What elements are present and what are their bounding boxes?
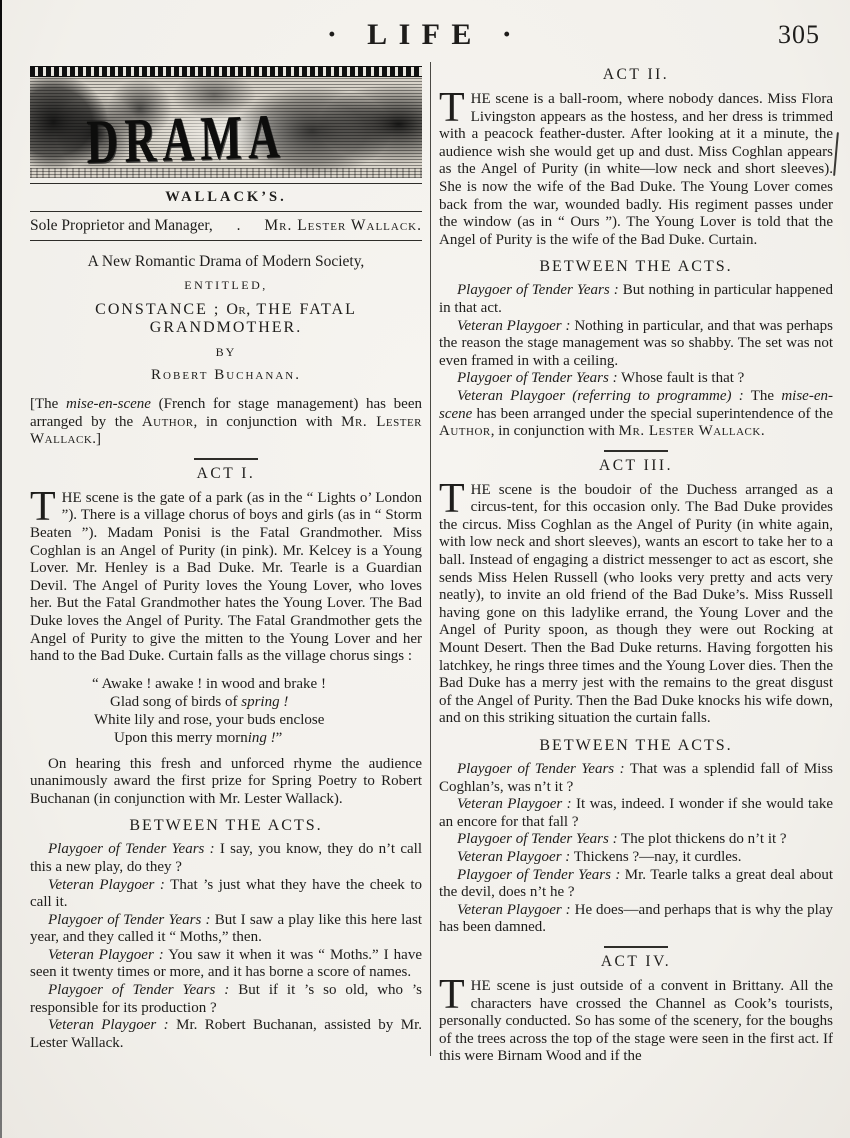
after-verse-paragraph: On hearing this fresh and unforced rhyme… [30, 756, 422, 809]
manager-role: Sole Proprietor and Manager, [30, 217, 213, 235]
act2-body: HE scene is a ball-room, where nobody da… [439, 91, 833, 248]
scan-edge-artifact [0, 0, 2, 1138]
divider-rule [30, 211, 422, 212]
manager-name: Mr. Lester Wallack. [264, 217, 422, 235]
act3-paragraph: THE scene is the boudoir of the Duchess … [439, 482, 833, 728]
dialogue-paragraph: Veteran Playgoer : Thickens ?—nay, it cu… [439, 849, 833, 867]
between-acts-heading: BETWEEN THE ACTS. [30, 817, 422, 835]
production-note: [The mise-en-scene (French for stage man… [30, 396, 422, 449]
dialogue-paragraph: Veteran Playgoer : Nothing in particular… [439, 318, 833, 371]
left-column: DRAMA WALLACK’S. Sole Proprietor and Man… [30, 60, 422, 1066]
dialogue-paragraph: Playgoer of Tender Years : Mr. Tearle ta… [439, 867, 833, 902]
play-title: CONSTANCE ; Or, THE FATAL GRANDMOTHER. [30, 301, 422, 337]
act3-heading: ACT III. [439, 457, 833, 475]
drama-section-title: DRAMA [86, 104, 286, 173]
magazine-page: · LIFE · 305 DRAMA WALLACK’S. Sole Propr… [0, 0, 850, 1138]
dialogue-paragraph: Playgoer of Tender Years : Whose fault i… [439, 370, 833, 388]
dialogue-paragraph: Veteran Playgoer (referring to programme… [439, 388, 833, 441]
dialogue-paragraph: Playgoer of Tender Years : But I saw a p… [30, 912, 422, 947]
dialogue-paragraph: Playgoer of Tender Years : I say, you kn… [30, 841, 422, 876]
dialogue-paragraph: Playgoer of Tender Years : But nothing i… [439, 282, 833, 317]
act4-paragraph: THE scene is just outside of a convent i… [439, 978, 833, 1066]
divider-rule [30, 240, 422, 241]
dialogue-paragraph: Veteran Playgoer : He does—and perhaps t… [439, 902, 833, 937]
verse-line: Glad song of birds of spring ! [30, 693, 422, 711]
verse-line: Upon this merry morning !” [30, 729, 422, 747]
divider-rule [30, 183, 422, 184]
between-acts-heading: BETWEEN THE ACTS. [439, 258, 833, 276]
dropcap-letter: T [439, 91, 471, 124]
dropcap-letter: T [30, 490, 62, 523]
dialogue-paragraph: Playgoer of Tender Years : That was a sp… [439, 761, 833, 796]
right-column: ACT II. THE scene is a ball-room, where … [439, 60, 833, 1066]
play-byline: BY [30, 345, 422, 360]
column-divider-rule [430, 62, 431, 1056]
act1-body: HE scene is the gate of a park (as in th… [30, 490, 422, 664]
dialogue-paragraph: Veteran Playgoer : That ’s just what the… [30, 877, 422, 912]
between-acts-heading: BETWEEN THE ACTS. [439, 737, 833, 755]
act1-heading: ACT I. [30, 465, 422, 483]
section-rule [194, 458, 258, 460]
act2-heading: ACT II. [439, 66, 833, 84]
verse-line: “ Awake ! awake ! in wood and brake ! [30, 675, 422, 693]
section-rule [604, 450, 668, 452]
dialogue-paragraph: Veteran Playgoer : It was, indeed. I won… [439, 796, 833, 831]
play-author: Robert Buchanan. [30, 367, 422, 384]
play-entitled: ENTITLED, [30, 278, 422, 293]
theatre-name: WALLACK’S. [30, 189, 422, 206]
act1-paragraph: THE scene is the gate of a park (as in t… [30, 490, 422, 666]
section-rule [604, 946, 668, 948]
dropcap-letter: T [439, 482, 471, 515]
dialogue-paragraph: Veteran Playgoer : You saw it when it wa… [30, 947, 422, 982]
dialogue-paragraph: Playgoer of Tender Years : But if it ’s … [30, 982, 422, 1017]
play-tagline: A New Romantic Drama of Modern Society, [30, 253, 422, 271]
manager-separator: . [213, 217, 265, 235]
page-header: · LIFE · 305 [0, 0, 850, 58]
dialogue-paragraph: Playgoer of Tender Years : The plot thic… [439, 831, 833, 849]
act4-body: HE scene is just outside of a convent in… [439, 978, 833, 1064]
page-number: 305 [778, 20, 820, 50]
dialogue-paragraph: Veteran Playgoer : Mr. Robert Buchanan, … [30, 1017, 422, 1052]
dropcap-letter: T [439, 978, 471, 1011]
magazine-masthead: · LIFE · [0, 18, 850, 52]
act3-body: HE scene is the boudoir of the Duchess a… [439, 482, 833, 727]
manager-line: Sole Proprietor and Manager, . Mr. Leste… [30, 217, 422, 235]
verse-line: White lily and rose, your buds enclose [30, 711, 422, 729]
drama-banner-engraving: DRAMA [30, 66, 422, 178]
two-column-layout: DRAMA WALLACK’S. Sole Proprietor and Man… [0, 58, 850, 1066]
chorus-verse: “ Awake ! awake ! in wood and brake ! Gl… [30, 675, 422, 748]
act2-paragraph: THE scene is a ball-room, where nobody d… [439, 91, 833, 249]
act4-heading: ACT IV. [439, 953, 833, 971]
column-gap [422, 60, 439, 1066]
